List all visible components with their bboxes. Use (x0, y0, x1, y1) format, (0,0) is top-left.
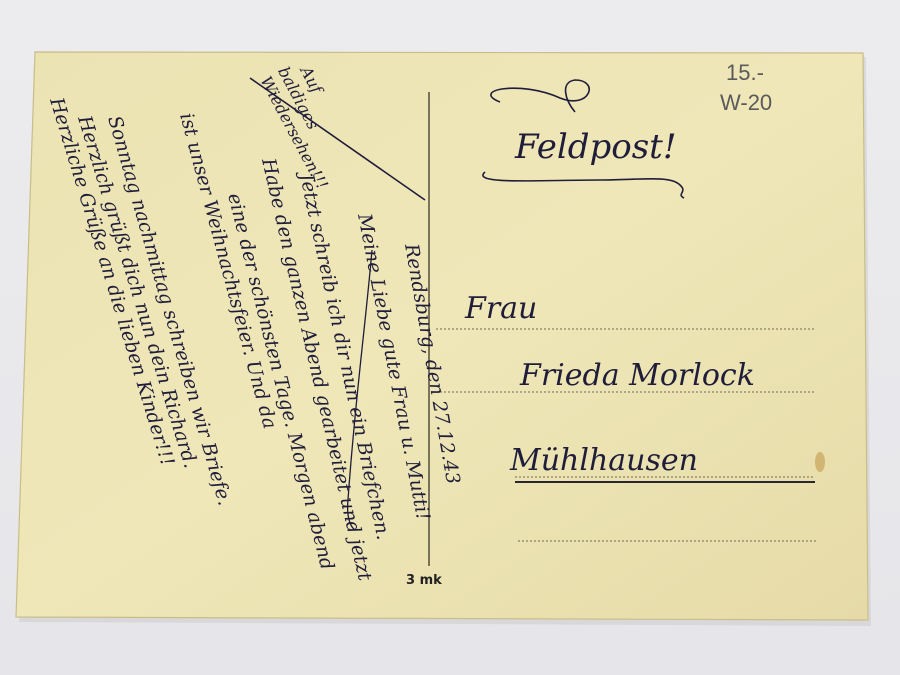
recipient-town: Mühlhausen (509, 443, 698, 478)
recipient-salutation: Frau (464, 291, 537, 326)
pencil-note-line1: 15.- (726, 60, 764, 85)
pencil-note-line2: W-20 (720, 90, 772, 115)
recipient-name: Frieda Morlock (519, 358, 755, 393)
postcard: 15.- W-20 3 mk Feldpost! Frau Frieda Mor… (0, 0, 900, 675)
feldpost-header: Feldpost! (514, 127, 677, 167)
paper-stain (815, 452, 825, 472)
postcard-canvas: 15.- W-20 3 mk Feldpost! Frau Frieda Mor… (0, 0, 900, 675)
printed-value: 3 mk (406, 573, 442, 588)
